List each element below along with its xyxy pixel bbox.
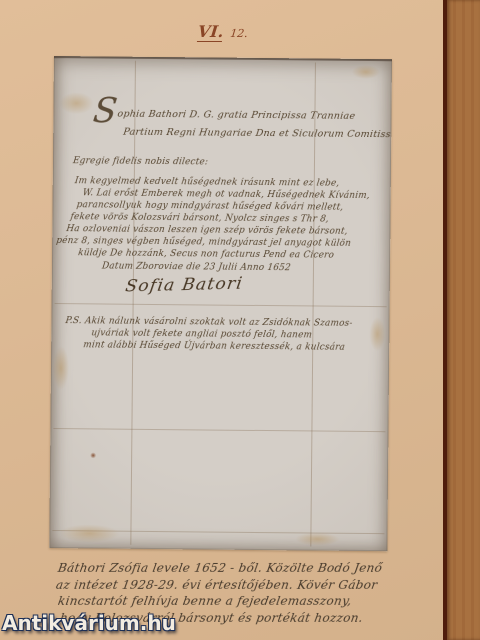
page-number-arabic: 12. [230, 27, 249, 40]
salutation-line: Egregie fidelis nobis dilecte: [72, 156, 208, 167]
fold-crease-horizontal-1 [55, 303, 387, 307]
page-number: VI.12. [197, 22, 249, 41]
paper-stain [53, 346, 69, 390]
paper-stain [59, 524, 119, 543]
body-line: parancsollyuk hogy mindgyárast hűséged k… [76, 200, 344, 213]
page-number-roman: VI. [197, 22, 225, 42]
body-line: Ha ozloveniai vászon leszen igen szép vö… [66, 224, 349, 237]
body-line: fekete vörös Kolozsvári bársont, Nyolcz … [70, 212, 330, 224]
heading-line-1: ophia Bathori D. G. gratia Principissa T… [117, 109, 356, 122]
postscript-line: ujváriak volt fekete angliai posztó felő… [91, 328, 313, 340]
paper-stain [295, 532, 339, 545]
body-line: W. Lai erőst Emberek megh ot vadnak, Hűs… [82, 188, 370, 201]
paper-stain [352, 65, 380, 79]
signature: Sofia Batori [124, 274, 245, 297]
body-line: pénz 8, singes végben hűséged, mindgyára… [56, 236, 352, 249]
heading-line-2: Partium Regni Hungariae Dna et Siculorum… [123, 127, 392, 141]
fold-crease-horizontal-2 [53, 428, 385, 432]
postscript-line: P.S. Akik nálunk vásárolni szoktak volt … [65, 316, 353, 329]
book-binding-strip [443, 0, 480, 640]
ink-spot [90, 452, 96, 458]
letter-photograph: S ophia Bathori D. G. gratia Principissa… [49, 56, 392, 551]
date-line: Datum Zboroviae die 23 Julii Anno 1652 [101, 261, 291, 273]
antikvarium-watermark: Antikvárium.hu [2, 611, 176, 635]
paper-stain [59, 92, 93, 114]
body-line: Im kegyelmed kedvelt hűségednek irásunk … [74, 176, 340, 189]
paper-stain [369, 317, 385, 351]
album-page-scan: VI.12. S ophia Bathori D. G. gratia Prin… [0, 0, 480, 640]
heading-initial-letter: S [91, 96, 119, 126]
caption-line: az intézet 1928-29. évi értesítőjében. K… [55, 577, 384, 594]
caption-line: Báthori Zsófia levele 1652 - ből. Közölt… [57, 560, 384, 577]
caption-line: kincstartót felhívja benne a fejedelemas… [57, 593, 384, 610]
postscript-line: mint alábbi Hűséged Újvárban keresztessé… [83, 340, 346, 353]
body-line: küldje De hozzánk, Secus non facturus Pe… [77, 248, 334, 260]
